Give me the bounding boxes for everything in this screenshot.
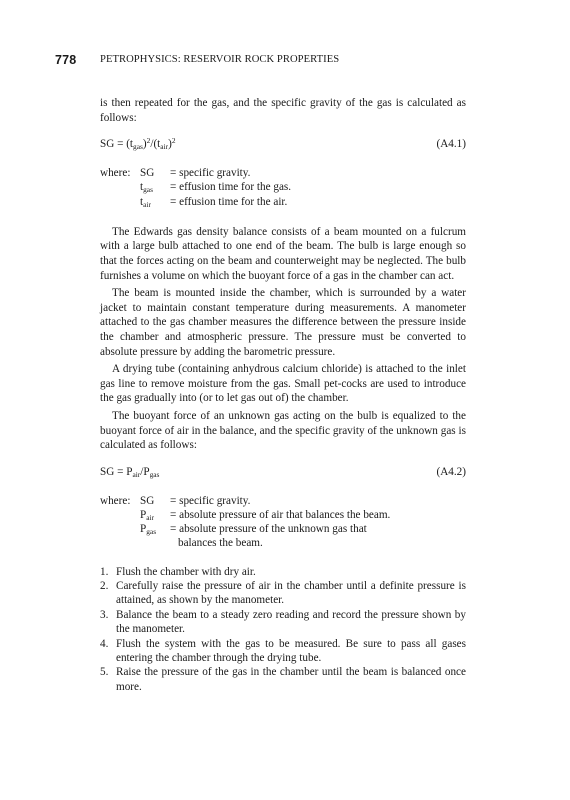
step-number: 4. xyxy=(100,637,108,651)
intro-paragraph: is then repeated for the gas, and the sp… xyxy=(100,96,466,125)
step-text: Carefully raise the pressure of air in t… xyxy=(116,580,466,606)
procedure-steps: 1.Flush the chamber with dry air. 2.Care… xyxy=(100,565,466,695)
definition-p-air: = absolute pressure of air that balances… xyxy=(170,508,466,522)
step-item: 1.Flush the chamber with dry air. xyxy=(100,565,466,579)
definition-sg: = specific gravity. xyxy=(170,494,466,508)
step-text: Raise the pressure of the gas in the cha… xyxy=(116,666,466,692)
where-definitions-1: where: SG = specific gravity. tgas = eff… xyxy=(100,166,466,209)
equation-a4-1-formula: SG = (tgas)2/(tair)2 xyxy=(100,138,176,150)
symbol-p-air: Pair xyxy=(140,508,170,522)
where-definitions-2: where: SG = specific gravity. Pair = abs… xyxy=(100,494,466,551)
running-head: PETROPHYSICS: RESERVOIR ROCK PROPERTIES xyxy=(100,54,339,65)
step-item: 4.Flush the system with the gas to be me… xyxy=(100,637,466,666)
paragraph-drying-tube: A drying tube (containing anhydrous calc… xyxy=(100,362,466,406)
definition-t-gas: = effusion time for the gas. xyxy=(170,180,466,194)
symbol-sg: SG xyxy=(140,166,170,180)
equation-number: (A4.2) xyxy=(436,465,466,480)
paragraph-buoyant-force: The buoyant force of an unknown gas acti… xyxy=(100,409,466,453)
symbol-t-air: tair xyxy=(140,195,170,209)
step-number: 3. xyxy=(100,608,108,622)
body-text: is then repeated for the gas, and the sp… xyxy=(100,96,466,694)
step-text: Balance the beam to a steady zero readin… xyxy=(116,609,466,635)
definition-t-air: = effusion time for the air. xyxy=(170,195,466,209)
step-item: 2.Carefully raise the pressure of air in… xyxy=(100,579,466,608)
equation-number: (A4.1) xyxy=(436,137,466,152)
step-item: 3.Balance the beam to a steady zero read… xyxy=(100,608,466,637)
paragraph-edwards-balance: The Edwards gas density balance consists… xyxy=(100,225,466,283)
step-number: 1. xyxy=(100,565,108,579)
step-text: Flush the system with the gas to be meas… xyxy=(116,638,466,664)
step-text: Flush the chamber with dry air. xyxy=(116,566,256,578)
definition-sg: = specific gravity. xyxy=(170,166,466,180)
step-item: 5.Raise the pressure of the gas in the c… xyxy=(100,665,466,694)
symbol-sg: SG xyxy=(140,494,170,508)
equation-a4-2: SG = Pair/Pgas (A4.2) xyxy=(100,465,466,480)
page-number: 778 xyxy=(55,53,76,67)
where-label: where: xyxy=(100,494,140,508)
step-number: 2. xyxy=(100,579,108,593)
equation-a4-2-formula: SG = Pair/Pgas xyxy=(100,466,159,478)
step-number: 5. xyxy=(100,665,108,679)
definition-p-gas: = absolute pressure of the unknown gas t… xyxy=(170,522,466,550)
page-header: 778 PETROPHYSICS: RESERVOIR ROCK PROPERT… xyxy=(55,53,475,69)
where-label: where: xyxy=(100,166,140,180)
symbol-t-gas: tgas xyxy=(140,180,170,194)
paragraph-beam-chamber: The beam is mounted inside the chamber, … xyxy=(100,286,466,359)
equation-a4-1: SG = (tgas)2/(tair)2 (A4.1) xyxy=(100,137,466,152)
symbol-p-gas: Pgas xyxy=(140,522,170,550)
